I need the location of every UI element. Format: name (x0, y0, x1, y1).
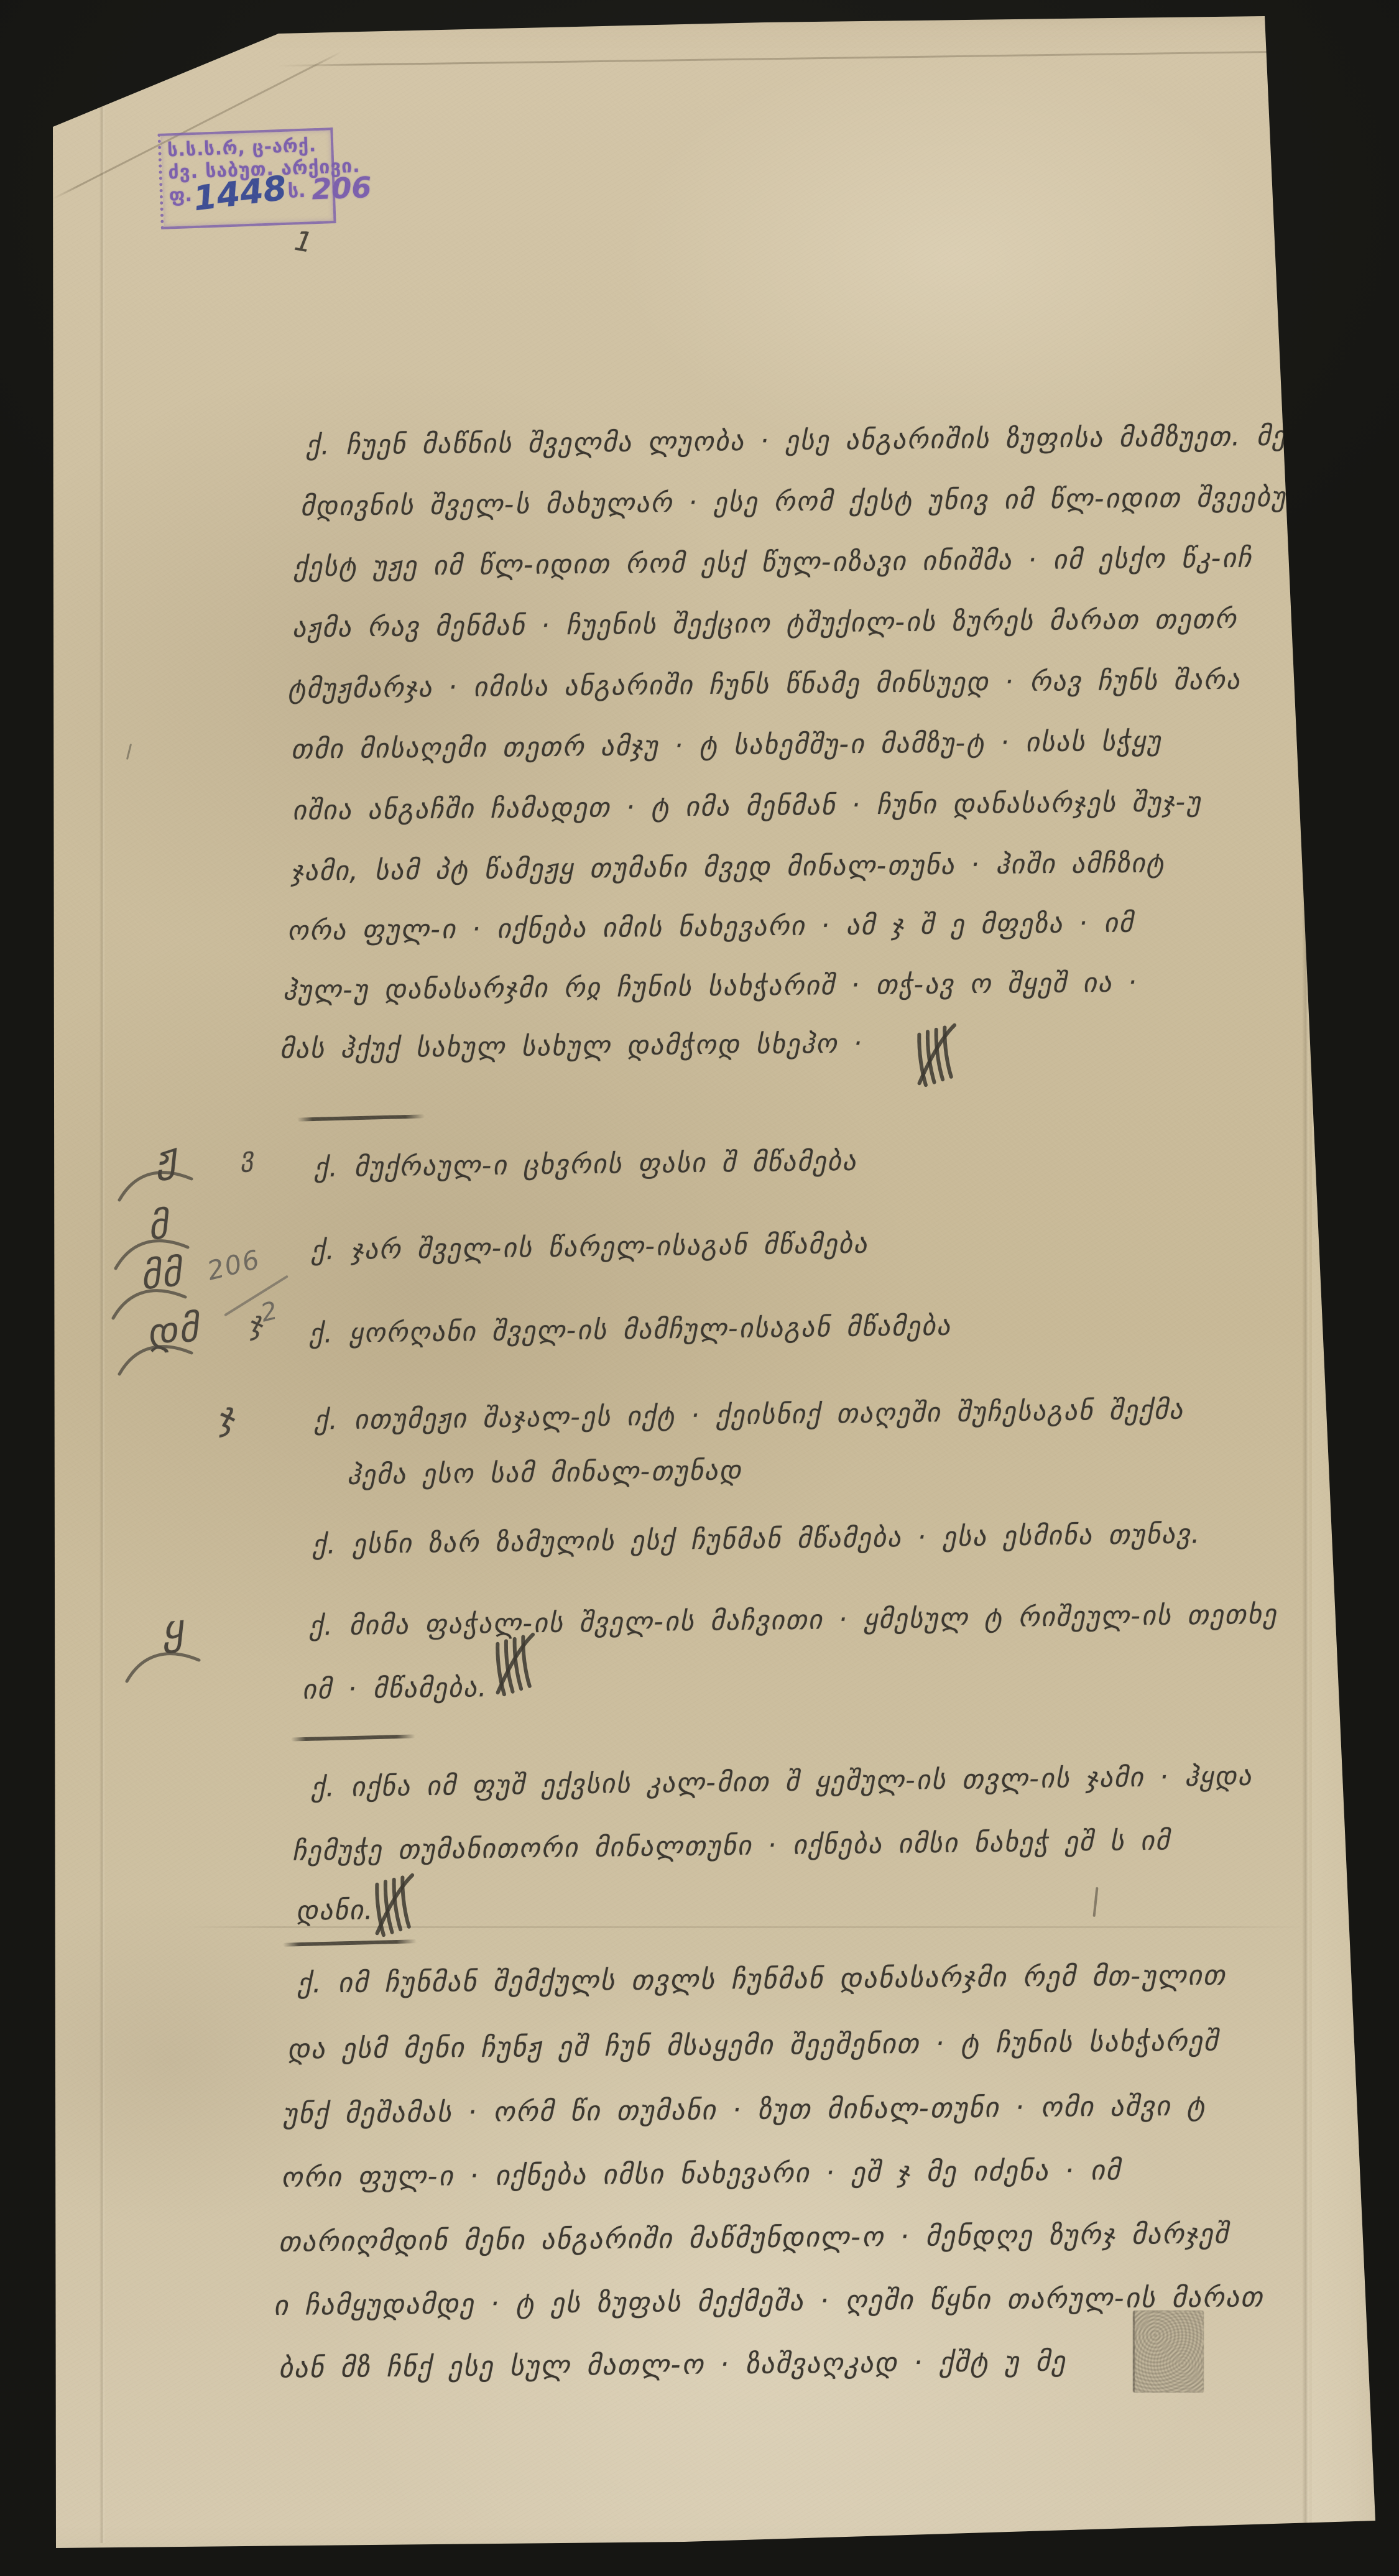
archive-stamp: ს.ს.ს.რ, ც-არქ. ძვ. საბუთ. არქივი. ფ. 14… (157, 127, 336, 229)
underline-stroke (283, 1939, 417, 1947)
fold-crease (99, 37, 105, 2543)
margin-mark: ყ (160, 1608, 187, 1651)
fold-crease (277, 50, 1371, 67)
witness-line: ქ. ესნი ზარ ზამულის ესქ ჩუნმან მწამება ·… (312, 1521, 1201, 1558)
handwriting-line: ტმუჟმარჯა · იმისა ანგარიში ჩუნს წნამე მი… (288, 667, 1241, 703)
margin-mark: დმ (145, 1309, 201, 1352)
witness-line: ქ. ჯარ შველ-ის წარელ-ისაგან მწამება (311, 1231, 869, 1265)
handwriting-line: იშია ანგაჩში ჩამადეთ · ტ იმა მენმან · ჩუ… (292, 789, 1202, 824)
underline-stroke (291, 1734, 415, 1741)
closing-line: ორი ფულ-ი · იქნება იმსი ნახევარი · ეშ ჯ … (281, 2157, 1122, 2192)
underline-stroke (297, 1114, 425, 1121)
handwriting-line: ქ. ჩუენ მაწნის შველმა ლუობა · ესე ანგარი… (306, 423, 1302, 459)
witness-line: ჩემუჭე თუმანითორი მინალთუნი · იქნება იმს… (292, 1827, 1171, 1865)
margin-mark: მმ (139, 1254, 184, 1296)
witness-line: ქ. მიმა ფაჭალ-ის შველ-ის მაჩვითი · ყმესუ… (309, 1601, 1278, 1640)
closing-line: ი ჩამყუდამდე · ტ ეს ზუფას მექმეშა · ღეში… (274, 2284, 1264, 2320)
witness-line: ქ. იქნა იმ ფუშ ექვსის კალ-მით შ ყეშულ-ის… (311, 1763, 1253, 1801)
tally-mark (369, 1870, 421, 1939)
series-number: 206 (312, 175, 372, 201)
closing-line: თარიღმდინ მენი ანგარიში მაწმუნდილ-ო · მე… (279, 2220, 1229, 2256)
tally-mark (489, 1630, 542, 1699)
witness-line: ქ. მუქრაულ-ი ცხვრის ფასი შ მწამება (314, 1148, 857, 1182)
handwriting-line: მას ჰქუქ სახულ სახულ დამჭოდ სხეჰო · (280, 1030, 863, 1063)
witness-line: იმ · მწამება. (302, 1674, 488, 1704)
witness-line: ჰემა ესო სამ მინალ-თუნად (347, 1457, 742, 1489)
margin-fraction-numerator: 206 (205, 1246, 263, 1285)
margin-mark: მ (146, 1206, 170, 1245)
pen-stroke (1093, 1887, 1099, 1917)
handwriting-line: აჟმა რავ მენმან · ჩუენის შექციო ტშუქილ-ი… (292, 606, 1237, 642)
witness-line: დანი. (296, 1897, 374, 1925)
closing-line: ქ. იმ ჩუნმან შემქულს თვლს ჩუნმან დანასარ… (297, 1962, 1226, 1997)
handwriting-line: ქესტ უჟე იმ წლ-იდით რომ ესქ წულ-იზავი ინ… (293, 545, 1252, 581)
fold-crease (187, 1926, 1306, 1928)
tally-mark (911, 1020, 963, 1089)
series-label: ს. (287, 180, 306, 203)
margin-mark: ვ (239, 1143, 256, 1171)
witness-line: ქ. ითუმეჟი შაჯალ-ეს იქტ · ქეისნიქ თაღეში… (314, 1396, 1184, 1434)
paper-turned-edge (1312, 17, 1372, 2523)
handwriting-line: თმი მისაღემი თეთრ ამჯუ · ტ სახემშუ-ი მამ… (291, 728, 1162, 763)
handwriting-line: ჰულ-უ დანასარჯმი რჲ ჩუნის სახჭარიშ · თჭ-… (283, 969, 1138, 1004)
closing-line: და ესმ მენი ჩუნჟ ეშ ჩუნ მსაყემი შეეშენით… (287, 2028, 1219, 2063)
fond-label: ფ. (169, 184, 192, 206)
seal-stamp-faded (1133, 2311, 1204, 2393)
margin-mark: ჯ (216, 1397, 237, 1435)
handwriting-line: ჯამი, სამ პტ წამეჟყ თუმანი მვედ მინალ-თუ… (291, 850, 1165, 885)
document-page: ს.ს.ს.რ, ც-არქ. ძვ. საბუთ. არქივი. ფ. 14… (0, 0, 1399, 2576)
fold-crease (1302, 19, 1310, 2524)
handwriting-line: ორა ფულ-ი · იქნება იმის ნახევარი · ამ ჯ … (287, 910, 1134, 944)
handwriting-line: მდივნის შველ-ს მახულარ · ესე რომ ქესტ უნ… (300, 484, 1316, 520)
closing-line: უნქ მეშამას · ორმ წი თუმანი · ზუთ მინალ-… (283, 2093, 1206, 2128)
witness-line: ქ. ყორღანი შველ-ის მამჩულ-ისაგან მწამება (309, 1313, 951, 1348)
margin-mark: ჟ (154, 1137, 180, 1178)
fond-number: 1448 (192, 174, 288, 212)
page-number-mark: 1 (292, 228, 315, 258)
closing-line: ბან მზ ჩნქ ესე სულ მათლ-ო · ზაშვაღკად · … (279, 2348, 1066, 2382)
margin-tick-mark (126, 744, 132, 760)
